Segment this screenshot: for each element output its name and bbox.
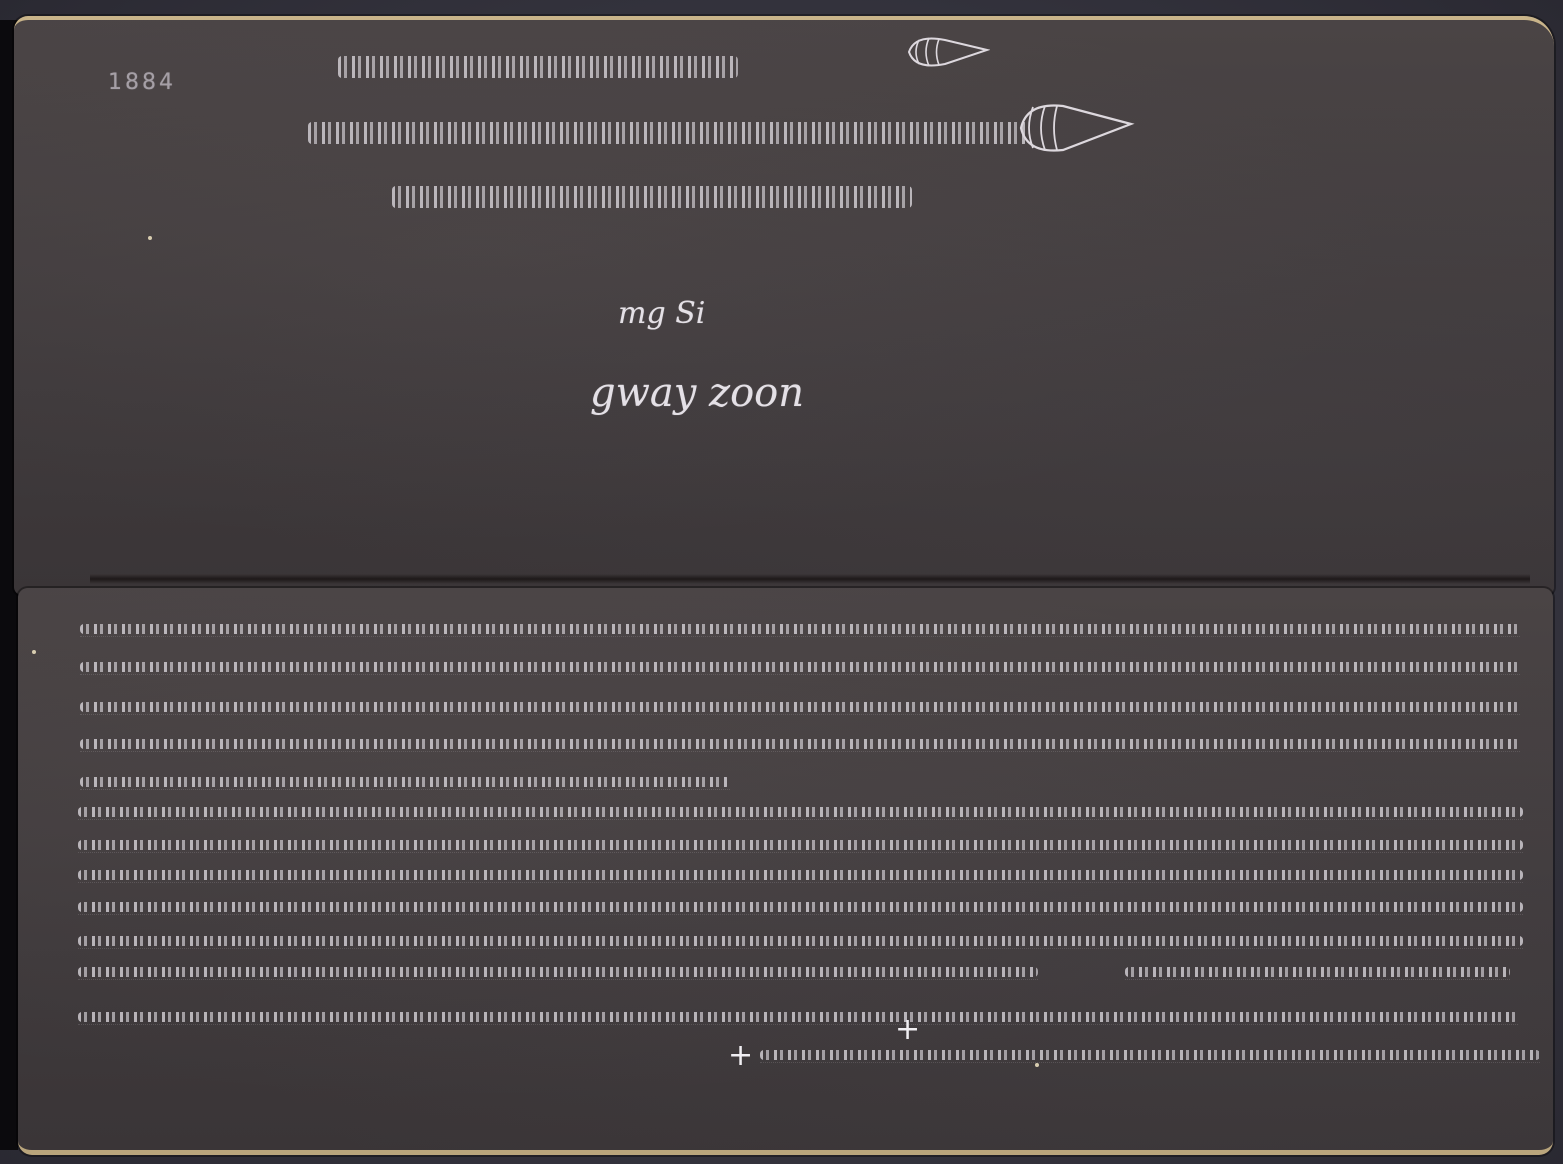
body-text-line — [78, 1010, 1518, 1025]
burmese-script-ink — [78, 840, 1523, 850]
manuscript-top-panel — [14, 16, 1554, 595]
body-text-line — [80, 700, 1520, 715]
body-text-line — [78, 900, 1523, 915]
burmese-script-ink — [78, 902, 1523, 912]
burmese-script-ink — [78, 936, 1523, 946]
burmese-script-ink — [78, 967, 1038, 977]
burmese-script-ink — [338, 56, 738, 78]
burmese-script-ink — [80, 624, 1520, 634]
body-text-line — [80, 622, 1520, 637]
burmese-script-ink — [392, 186, 912, 208]
body-text-line — [78, 868, 1523, 883]
body-text-line — [80, 660, 1520, 675]
body-text-line — [80, 775, 730, 790]
body-text-line — [78, 838, 1523, 853]
burmese-script-ink — [80, 739, 1520, 749]
burmese-script-ink — [80, 777, 730, 787]
paper-scuff — [148, 236, 152, 240]
burmese-script-ink — [78, 807, 1523, 817]
heading-line-3 — [392, 182, 912, 212]
body-text-line — [80, 737, 1520, 752]
paper-scuff — [32, 650, 36, 654]
body-text-line — [78, 934, 1523, 949]
signature-line-2: gway zoon — [590, 370, 804, 416]
conch-shell-icon — [905, 32, 990, 72]
body-text-line — [1125, 965, 1510, 980]
paper-scuff — [1035, 1063, 1039, 1067]
burmese-script-ink — [80, 702, 1520, 712]
catalog-number: 1884 — [108, 70, 176, 95]
fold-crease — [90, 574, 1530, 584]
cross-mark: + — [728, 1038, 753, 1073]
conch-shell-icon — [1015, 98, 1135, 158]
heading-line-1 — [338, 52, 738, 82]
burmese-script-ink — [760, 1050, 1540, 1060]
burmese-script-ink — [78, 870, 1523, 880]
body-text-line — [78, 805, 1523, 820]
body-text-line — [78, 965, 1038, 980]
cross-mark: + — [895, 1012, 920, 1047]
burmese-script-ink — [78, 1012, 1518, 1022]
burmese-script-ink — [80, 662, 1520, 672]
signature-line-1: mg Si — [618, 296, 705, 331]
heading-line-2 — [308, 118, 1028, 148]
burmese-script-ink — [308, 122, 1028, 144]
body-text-line — [760, 1048, 1540, 1063]
burmese-script-ink — [1125, 967, 1510, 977]
